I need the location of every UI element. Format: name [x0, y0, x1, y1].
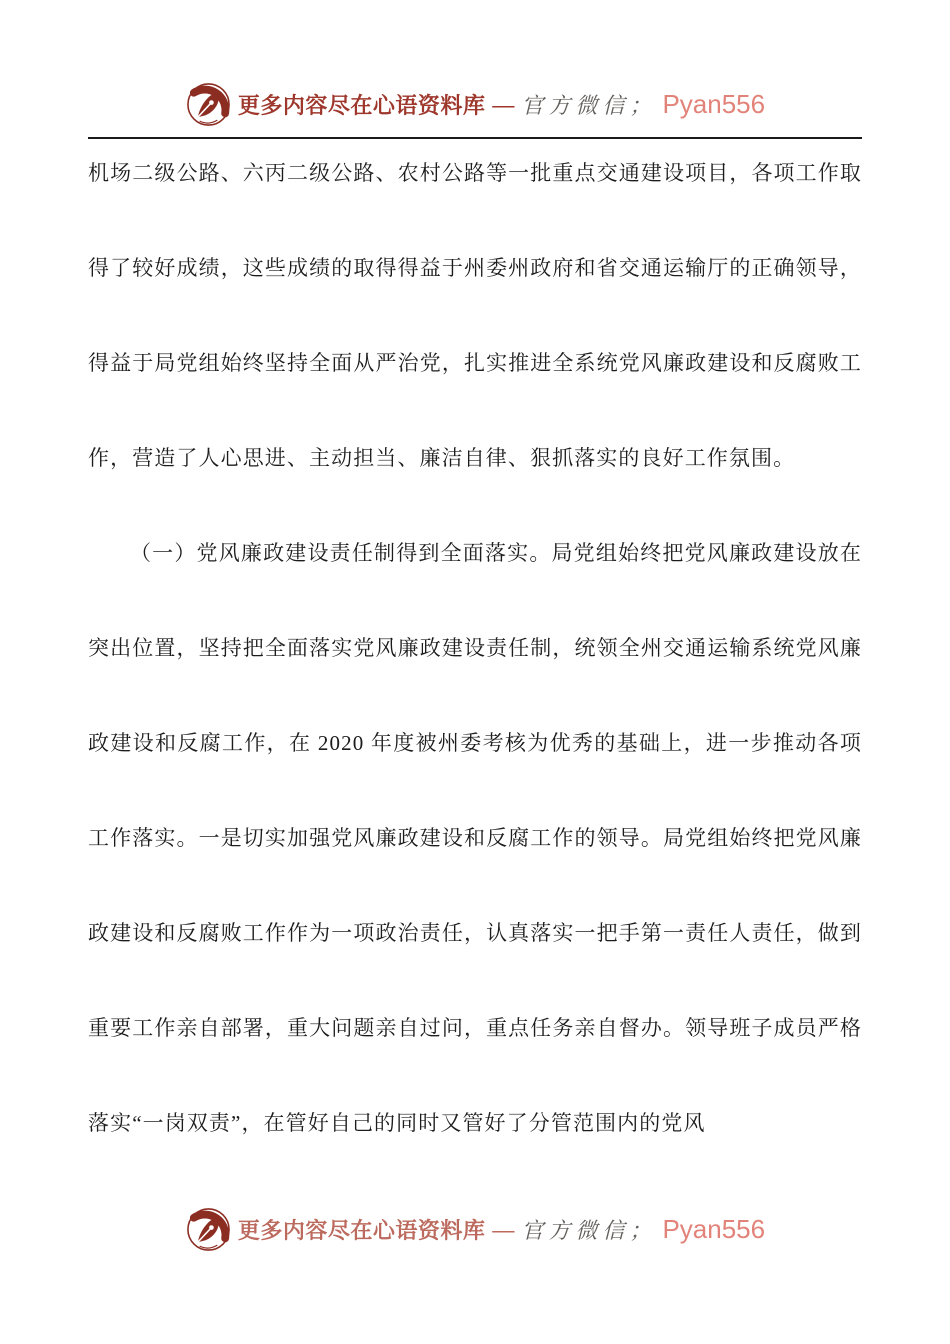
body-paragraph-continuation: 机场二级公路、六丙二级公路、农村公路等一批重点交通建设项目，各项工作取得了较好成…: [88, 126, 862, 506]
header-banner: 更多内容尽在心语资料库 — 官方微信； Pyan556: [0, 81, 950, 128]
wechat-label: 官方微信；: [521, 1214, 656, 1245]
document-page: 更多内容尽在心语资料库 — 官方微信； Pyan556 机场二级公路、六丙二级公…: [0, 0, 950, 1344]
wechat-id: Pyan556: [662, 1214, 765, 1245]
body-paragraph-section-1: （一）党风廉政建设责任制得到全面落实。局党组始终把党风廉政建设放在突出位置，坚持…: [88, 506, 862, 1171]
pen-nib-logo-icon: [185, 1206, 232, 1253]
pen-nib-logo-icon: [185, 81, 232, 128]
brand-text: 更多内容尽在心语资料库: [238, 1214, 486, 1245]
wechat-id: Pyan556: [662, 89, 765, 120]
document-body: 机场二级公路、六丙二级公路、农村公路等一批重点交通建设项目，各项工作取得了较好成…: [88, 126, 862, 1171]
brand-text: 更多内容尽在心语资料库: [238, 89, 486, 120]
brand-dash: —: [492, 92, 514, 118]
footer-banner: 更多内容尽在心语资料库 — 官方微信； Pyan556: [0, 1206, 950, 1253]
brand-dash: —: [492, 1217, 514, 1243]
wechat-label: 官方微信；: [521, 89, 656, 120]
